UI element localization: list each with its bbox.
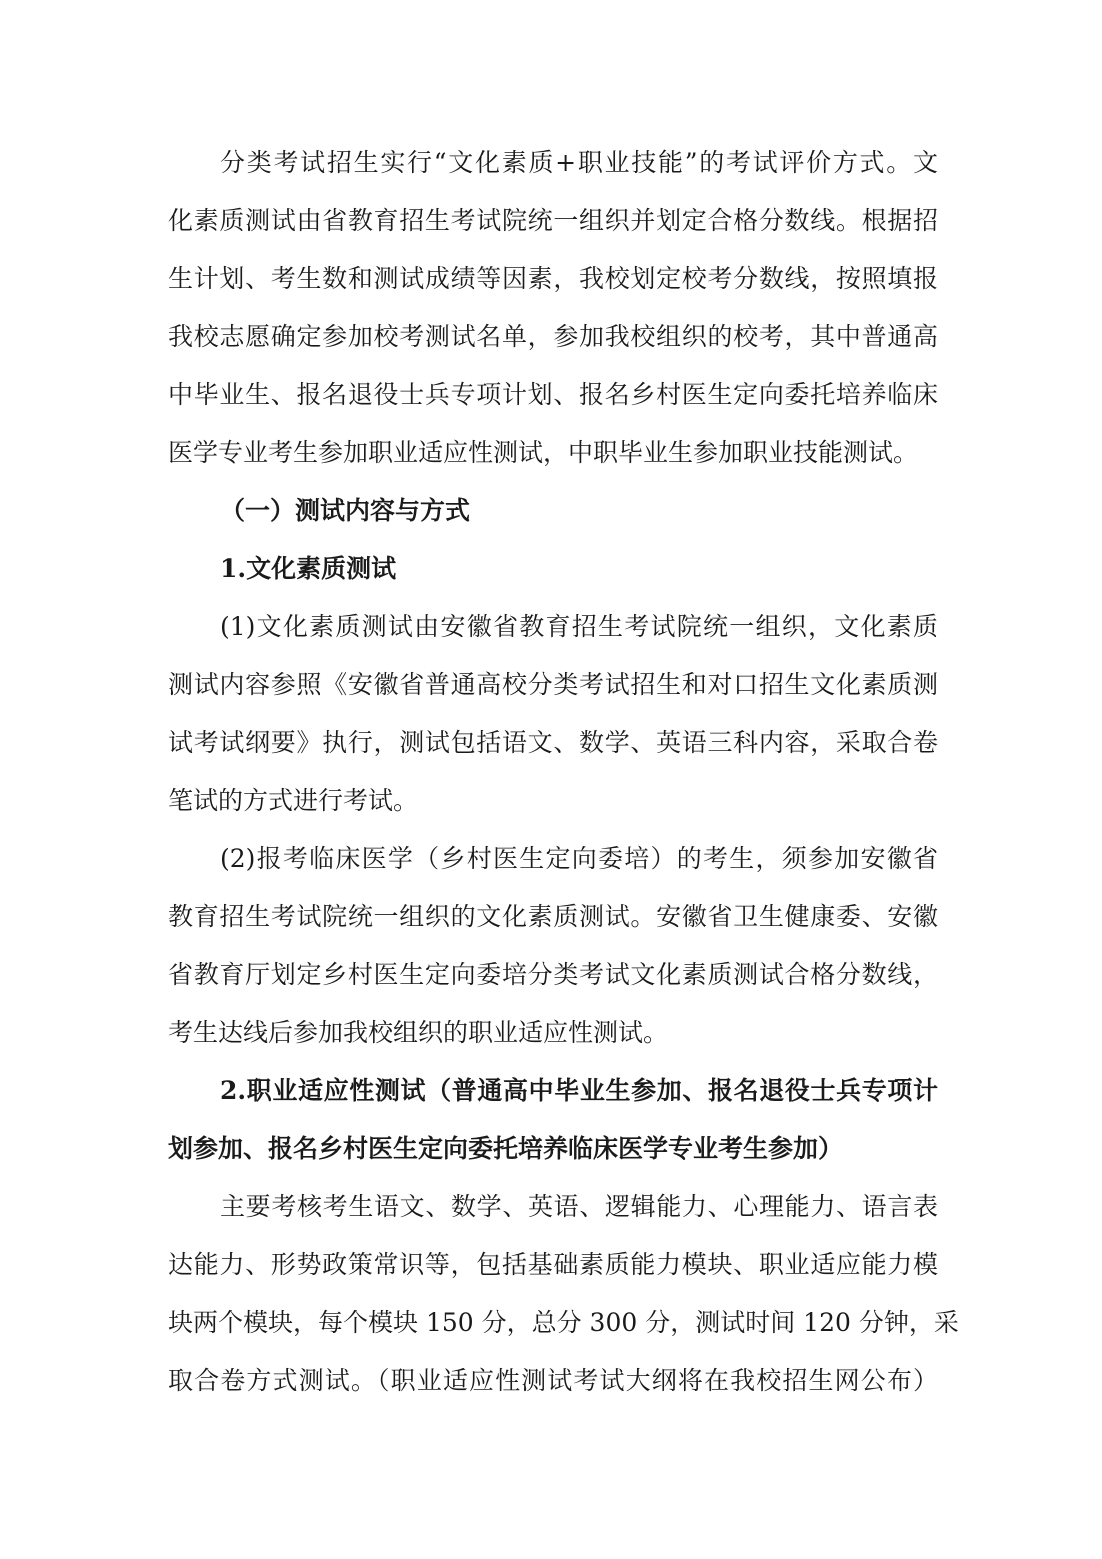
text-line: 划参加、报名乡村医生定向委托培养临床医学专业考生参加） [168,1128,938,1186]
text-line: 笔试的方式进行考试。 [168,780,938,838]
text-line: 块两个模块，每个模块 150 分，总分 300 分，测试时间 120 分钟，采 [168,1302,938,1360]
section-heading: （一）测试内容与方式 [168,490,938,548]
text-line: 取合卷方式测试。（职业适应性测试考试大纲将在我校招生网公布） [168,1360,938,1418]
document-page: 分类考试招生实行“文化素质+职业技能”的考试评价方式。文 化素质测试由省教育招生… [168,142,938,1418]
text-line: (2)报考临床医学（乡村医生定向委培）的考生，须参加安徽省 [168,838,938,896]
text-line: 我校志愿确定参加校考测试名单，参加我校组织的校考，其中普通高 [168,316,938,374]
subsection-heading: 1.文化素质测试 [168,548,938,606]
text-line: 医学专业考生参加职业适应性测试，中职毕业生参加职业技能测试。 [168,432,938,490]
text-line: 考生达线后参加我校组织的职业适应性测试。 [168,1012,938,1070]
text-line: (1)文化素质测试由安徽省教育招生考试院统一组织，文化素质 [168,606,938,664]
text-line: 试考试纲要》执行，测试包括语文、数学、英语三科内容，采取合卷 [168,722,938,780]
text-line: 分类考试招生实行“文化素质+职业技能”的考试评价方式。文 [168,142,938,200]
paragraph-item-1: (1)文化素质测试由安徽省教育招生考试院统一组织，文化素质 测试内容参照《安徽省… [168,606,938,838]
text-line: 测试内容参照《安徽省普通高校分类考试招生和对口招生文化素质测 [168,664,938,722]
paragraph-assessment: 主要考核考生语文、数学、英语、逻辑能力、心理能力、语言表 达能力、形势政策常识等… [168,1186,938,1418]
text-line: 教育招生考试院统一组织的文化素质测试。安徽省卫生健康委、安徽 [168,896,938,954]
subsection-heading-2: 2.职业适应性测试（普通高中毕业生参加、报名退役士兵专项计 划参加、报名乡村医生… [168,1070,938,1186]
paragraph-item-2: (2)报考临床医学（乡村医生定向委培）的考生，须参加安徽省 教育招生考试院统一组… [168,838,938,1070]
text-line: 中毕业生、报名退役士兵专项计划、报名乡村医生定向委托培养临床 [168,374,938,432]
text-line: 达能力、形势政策常识等，包括基础素质能力模块、职业适应能力模 [168,1244,938,1302]
paragraph-intro: 分类考试招生实行“文化素质+职业技能”的考试评价方式。文 化素质测试由省教育招生… [168,142,938,490]
text-line: 化素质测试由省教育招生考试院统一组织并划定合格分数线。根据招 [168,200,938,258]
text-line: 省教育厅划定乡村医生定向委培分类考试文化素质测试合格分数线， [168,954,938,1012]
text-line: 2.职业适应性测试（普通高中毕业生参加、报名退役士兵专项计 [168,1070,938,1128]
text-line: 生计划、考生数和测试成绩等因素，我校划定校考分数线，按照填报 [168,258,938,316]
text-line: 主要考核考生语文、数学、英语、逻辑能力、心理能力、语言表 [168,1186,938,1244]
